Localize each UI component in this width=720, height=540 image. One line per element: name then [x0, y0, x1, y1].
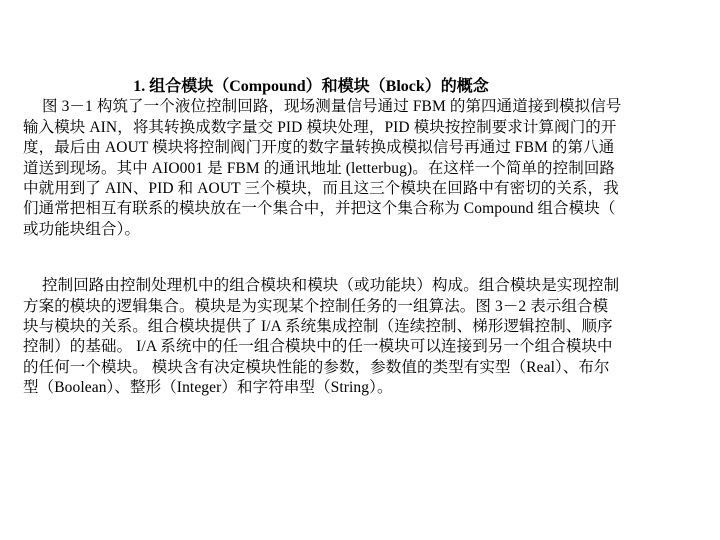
paragraph2-line-2: 方案的模块的逻辑集合。模块是为实现某个控制任务的一组算法。图 3－2 表示组合模: [23, 297, 699, 317]
paragraph2-line-3: 块与模块的关系。组合模块提供了 I/A 系统集成控制（连续控制、梯形逻辑控制、顺…: [23, 317, 699, 337]
paragraph2-line-4: 控制）的基础。 I/A 系统中的任一组合模块中的任一模块可以连接到另一个组合模块…: [23, 337, 699, 357]
paragraph-2: 控制回路由控制处理机中的组合模块和模块（或功能块）构成。组合模块是实现控制 方案…: [23, 276, 699, 398]
paragraph1-line-3: 度，最后由 AOUT 模块将控制阀门开度的数字量转换成模拟信号再通过 FBM 的…: [23, 138, 699, 158]
paragraph1-line-7: 或功能块组合）。: [23, 220, 699, 240]
paragraph1-line-5: 中就用到了 AIN、PID 和 AOUT 三个模块，而且这三个模块在回路中有密切…: [23, 179, 699, 199]
paragraph1-line-6: 们通常把相互有联系的模块放在一个集合中，并把这个集合称为 Compound 组合…: [23, 199, 699, 219]
paragraph1-line-2: 输入模块 AIN，将其转换成数字量交 PID 模块处理，PID 模块按控制要求计…: [23, 118, 699, 138]
slide-page: 1. 组合模块（Compound）和模块（Block）的概念 图 3－1 构筑了…: [23, 77, 699, 398]
page-title: 1. 组合模块（Compound）和模块（Block）的概念: [23, 77, 599, 97]
paragraph2-line-5: 的任何一个模块。 模块含有决定模块性能的参数，参数值的类型有实型（Real）、布…: [23, 358, 699, 378]
paragraph1-line-1: 图 3－1 构筑了一个液位控制回路，现场测量信号通过 FBM 的第四通道接到模拟…: [23, 97, 699, 117]
paragraph2-line-6: 型（Boolean）、整形（Integer）和字符串型（String）。: [23, 378, 699, 398]
document-canvas: { "page": { "background_color": "#ffffff…: [0, 0, 720, 540]
paragraph-1: 图 3－1 构筑了一个液位控制回路，现场测量信号通过 FBM 的第四通道接到模拟…: [23, 97, 699, 240]
paragraph1-line-4: 道送到现场。其中 AIO001 是 FBM 的通讯地址 (letterbug)。…: [23, 159, 699, 179]
paragraph2-line-1: 控制回路由控制处理机中的组合模块和模块（或功能块）构成。组合模块是实现控制: [23, 276, 699, 296]
